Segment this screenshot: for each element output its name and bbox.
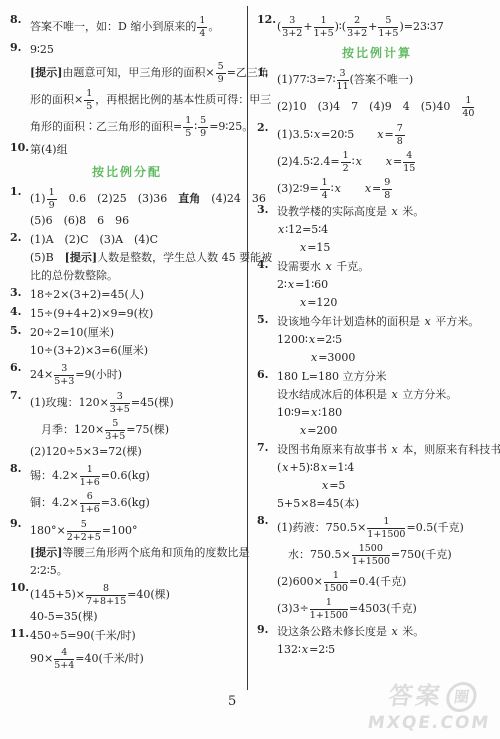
answer-item: 12.(33+2+11+5)∶(23+2+51+5)=23∶37 bbox=[257, 13, 497, 40]
item-number: 8. bbox=[10, 462, 21, 475]
fraction: 14 bbox=[197, 16, 207, 39]
item-number: 3. bbox=[257, 203, 268, 216]
left-column: 8.答案不唯一，如：D 缩小到原来的14。9.9∶25[提示]由题意可知，甲三角… bbox=[10, 13, 244, 673]
answer-line: (1)3.5∶x=20∶5 x=78 bbox=[277, 121, 497, 148]
fraction: 51+5 bbox=[378, 16, 398, 39]
answer-line: (5)B [提示]人数是整数，学生总人数 45 要能被 bbox=[30, 249, 244, 267]
item-number: 10. bbox=[10, 141, 29, 154]
answer-line: 2∶x=1∶60 bbox=[277, 276, 497, 294]
fraction: 11+5 bbox=[314, 16, 334, 39]
fraction: 11500 bbox=[324, 571, 348, 594]
answer-line: x=120 bbox=[277, 294, 497, 312]
item-number: 2. bbox=[257, 121, 268, 134]
answer-line: (x+5)∶8x=1∶4 bbox=[277, 459, 497, 477]
answer-line: 180°×52+2+5=100° bbox=[30, 517, 244, 544]
section-header: 按比例分配 bbox=[10, 163, 244, 180]
answer-line: 15÷(9+4+2)×9=9(枚) bbox=[30, 305, 244, 323]
watermark-logo-text: 答案 bbox=[386, 682, 444, 710]
fraction: 11+1500 bbox=[367, 517, 405, 540]
item-number: 4. bbox=[257, 258, 268, 271]
item-number: 8. bbox=[10, 13, 21, 26]
answer-item: 3.设教学楼的实际高度是 x 米。x∶12=5∶4 x=15 bbox=[257, 203, 497, 257]
watermark-badge-icon: 圈 bbox=[444, 682, 478, 712]
answer-item: 10.(145+5)×87+8+15=40(棵)40-5=35(棵) bbox=[10, 581, 244, 626]
answer-line: 9∶25 bbox=[30, 41, 244, 59]
item-number: 6. bbox=[257, 368, 268, 381]
fraction: 11+6 bbox=[80, 465, 100, 488]
fraction: 311 bbox=[337, 69, 349, 92]
answer-line: 20÷2=10(厘米) bbox=[30, 324, 244, 342]
answer-line: (145+5)×87+8+15=40(棵) bbox=[30, 581, 244, 608]
answer-line: (1)77∶3=7∶311(答案不唯一) bbox=[277, 66, 497, 93]
answer-line: x∶12=5∶4 bbox=[277, 221, 497, 239]
answer-line: 设水结成冰后的体积是 x 立方分米。 bbox=[277, 386, 497, 404]
fraction: 33+5 bbox=[110, 392, 130, 415]
fraction: 59 bbox=[198, 116, 208, 139]
item-number: 12. bbox=[257, 13, 276, 26]
item-number: 1. bbox=[10, 185, 21, 198]
answer-line: (1)19 0.6 (2)25 (3)36 直角 (4)24 36 bbox=[30, 185, 244, 212]
answer-line: 铜：4.2×61+6=3.6(kg) bbox=[30, 489, 244, 516]
fraction: 45+4 bbox=[54, 648, 74, 671]
item-number: 8. bbox=[257, 514, 268, 527]
answer-line: 1200∶x=2∶5 bbox=[277, 331, 497, 349]
item-number: 5. bbox=[10, 324, 21, 337]
answer-item: 1.(1)19 0.6 (2)25 (3)36 直角 (4)24 36(5)6 … bbox=[10, 185, 244, 230]
section-header: 按比例计算 bbox=[257, 44, 497, 61]
page-number: 5 bbox=[228, 694, 236, 709]
item-number: 9. bbox=[10, 41, 21, 54]
answer-line: (33+2+11+5)∶(23+2+51+5)=23∶37 bbox=[277, 13, 497, 40]
fraction: 59 bbox=[216, 62, 226, 85]
answer-item: 7.设图书角原来有故事书 x 本，则原来有科技书 8x 本。(x+5)∶8x=1… bbox=[257, 441, 497, 513]
answer-line: 90×45+4=40(千米/时) bbox=[30, 645, 244, 672]
fraction: 53+5 bbox=[105, 419, 125, 442]
item-number: 11. bbox=[10, 627, 29, 640]
item-number: 7. bbox=[257, 441, 268, 454]
item-number: 4. bbox=[10, 305, 21, 318]
fraction: 14 bbox=[320, 178, 330, 201]
fraction: 11+1500 bbox=[310, 598, 348, 621]
fraction: 15001+1500 bbox=[352, 544, 390, 567]
answer-line: x=3000 bbox=[277, 349, 497, 367]
answer-line: 设图书角原来有故事书 x 本，则原来有科技书 8x 本。 bbox=[277, 441, 497, 459]
item-number: 7. bbox=[10, 389, 21, 402]
answer-line: 月季：120×53+5=75(棵) bbox=[30, 416, 244, 443]
answer-line: (1)玫瑰：120×33+5=45(棵) bbox=[30, 389, 244, 416]
item-number: 9. bbox=[10, 517, 21, 530]
fraction: 35+3 bbox=[54, 364, 74, 387]
answer-item: 10.第(4)组 bbox=[10, 141, 244, 159]
answer-item: 2.(1)A (2)C (3)A (4)C(5)B [提示]人数是整数，学生总人… bbox=[10, 231, 244, 285]
item-number: 10. bbox=[10, 581, 29, 594]
answer-line: [提示]等腰三角形两个底角和顶角的度数比是 bbox=[30, 544, 244, 562]
answer-line: 答案不唯一，如：D 缩小到原来的14。 bbox=[30, 13, 244, 40]
answer-line: 第(4)组 bbox=[30, 141, 244, 159]
answer-line: x=5 bbox=[277, 477, 497, 495]
answer-line: 10∶9=x∶180 bbox=[277, 404, 497, 422]
fraction: 23+2 bbox=[347, 16, 367, 39]
answer-item: 1.(1)77∶3=7∶311(答案不唯一)(2)10 (3)4 7 (4)9 … bbox=[257, 66, 497, 120]
fraction: 98 bbox=[382, 178, 392, 201]
answer-item: 6.180 L=180 立方分米设水结成冰后的体积是 x 立方分米。10∶9=x… bbox=[257, 368, 497, 440]
fraction: 33+2 bbox=[282, 16, 302, 39]
answer-item: 2.(1)3.5∶x=20∶5 x=78(2)4.5∶2.4=12∶x x=41… bbox=[257, 121, 497, 202]
answer-item: 6.24×35+3=9(小时) bbox=[10, 361, 244, 388]
answer-line: 设需要水 x 千克。 bbox=[277, 258, 497, 276]
fraction: 87+8+15 bbox=[86, 584, 126, 607]
answer-item: 9.9∶25[提示]由题意可知，甲三角形的面积×59=乙三角形的面积×15，再根… bbox=[10, 41, 244, 140]
answer-line: (2)600×11500=0.4(千克) bbox=[277, 568, 497, 595]
fraction: 140 bbox=[462, 96, 474, 119]
fraction: 15 bbox=[84, 89, 94, 112]
watermark: 答案圈 MXQE.COM bbox=[366, 681, 496, 733]
answer-item: 8.(1)药液：750.5×11+1500=0.5(千克) 水：750.5×15… bbox=[257, 514, 497, 622]
fraction: 12 bbox=[341, 151, 351, 174]
fraction: 52+2+5 bbox=[67, 520, 101, 543]
answer-item: 8.锡：4.2×11+6=0.6(kg)铜：4.2×61+6=3.6(kg) bbox=[10, 462, 244, 516]
watermark-site: MXQE.COM bbox=[366, 713, 491, 733]
answer-line: 水：750.5×15001+1500=750(千克) bbox=[277, 541, 497, 568]
fraction: 415 bbox=[403, 151, 415, 174]
answer-line: (1)A (2)C (3)A (4)C bbox=[30, 231, 244, 249]
answer-item: 5.20÷2=10(厘米)10÷(3+2)×3=6(厘米) bbox=[10, 324, 244, 360]
answer-line: 设教学楼的实际高度是 x 米。 bbox=[277, 203, 497, 221]
answer-line: 5+5×8=45(本) bbox=[277, 495, 497, 513]
answer-item: 9.设这条公路未修长度是 x 米。132∶x=2∶5 bbox=[257, 623, 497, 659]
right-column: 12.(33+2+11+5)∶(23+2+51+5)=23∶37按比例计算1.(… bbox=[257, 13, 497, 660]
answer-item: 8.答案不唯一，如：D 缩小到原来的14。 bbox=[10, 13, 244, 40]
answer-line: (2)120÷5×3=72(棵) bbox=[30, 443, 244, 461]
answer-line: 24×35+3=9(小时) bbox=[30, 361, 244, 388]
answer-line: 角形的面积∶乙三角形的面积=15∶59=9∶25。 bbox=[30, 113, 244, 140]
item-number: 2. bbox=[10, 231, 21, 244]
answer-line: (2)4.5∶2.4=12∶x x=415 bbox=[277, 148, 497, 175]
item-number: 6. bbox=[10, 361, 21, 374]
item-number: 5. bbox=[257, 313, 268, 326]
item-number: 9. bbox=[257, 623, 268, 636]
answer-line: 设该地今年计划造林的面积是 x 平方米。 bbox=[277, 313, 497, 331]
answer-item: 11.450÷5=90(千米/时)90×45+4=40(千米/时) bbox=[10, 627, 244, 672]
answer-line: (3)3÷11+1500=4503(千克) bbox=[277, 595, 497, 622]
fraction: 19 bbox=[47, 188, 57, 211]
answer-line: x=200 bbox=[277, 422, 497, 440]
answer-item: 9.180°×52+2+5=100°[提示]等腰三角形两个底角和顶角的度数比是2… bbox=[10, 517, 244, 580]
answer-item: 7.(1)玫瑰：120×33+5=45(棵) 月季：120×53+5=75(棵)… bbox=[10, 389, 244, 461]
fraction: 78 bbox=[395, 124, 405, 147]
answer-line: (3)2∶9=14∶x x=98 bbox=[277, 175, 497, 202]
watermark-logo: 答案圈 bbox=[369, 681, 496, 712]
answer-line: x=15 bbox=[277, 239, 497, 257]
answer-line: (1)药液：750.5×11+1500=0.5(千克) bbox=[277, 514, 497, 541]
answer-line: 比的总份数整除。 bbox=[30, 267, 244, 285]
answer-item: 5.设该地今年计划造林的面积是 x 平方米。1200∶x=2∶5 x=3000 bbox=[257, 313, 497, 367]
answer-line: 形的面积×15，再根据比例的基本性质可得：甲三 bbox=[30, 86, 244, 113]
answer-line: 180 L=180 立方分米 bbox=[277, 368, 497, 386]
answer-line: 450÷5=90(千米/时) bbox=[30, 627, 244, 645]
item-number: 3. bbox=[10, 286, 21, 299]
column-divider bbox=[247, 6, 248, 690]
answer-line: 40-5=35(棵) bbox=[30, 608, 244, 626]
answer-item: 4.15÷(9+4+2)×9=9(枚) bbox=[10, 305, 244, 323]
answer-line: 2∶2∶5。 bbox=[30, 562, 244, 580]
fraction: 15 bbox=[183, 116, 193, 139]
answer-line: 18÷2×(3+2)=45(人) bbox=[30, 286, 244, 304]
answer-line: 132∶x=2∶5 bbox=[277, 641, 497, 659]
answer-item: 3.18÷2×(3+2)=45(人) bbox=[10, 286, 244, 304]
answer-line: (2)10 (3)4 7 (4)9 4 (5)40 140 bbox=[277, 93, 497, 120]
item-number: 1. bbox=[257, 66, 268, 79]
answer-line: 设这条公路未修长度是 x 米。 bbox=[277, 623, 497, 641]
answer-line: [提示]由题意可知，甲三角形的面积×59=乙三角 bbox=[30, 59, 244, 86]
answer-item: 4.设需要水 x 千克。2∶x=1∶60 x=120 bbox=[257, 258, 497, 312]
answer-page: 8.答案不唯一，如：D 缩小到原来的14。9.9∶25[提示]由题意可知，甲三角… bbox=[0, 0, 500, 739]
answer-line: 锡：4.2×11+6=0.6(kg) bbox=[30, 462, 244, 489]
answer-line: 10÷(3+2)×3=6(厘米) bbox=[30, 342, 244, 360]
answer-line: (5)6 (6)8 6 96 bbox=[30, 212, 244, 230]
fraction: 61+6 bbox=[80, 492, 100, 515]
